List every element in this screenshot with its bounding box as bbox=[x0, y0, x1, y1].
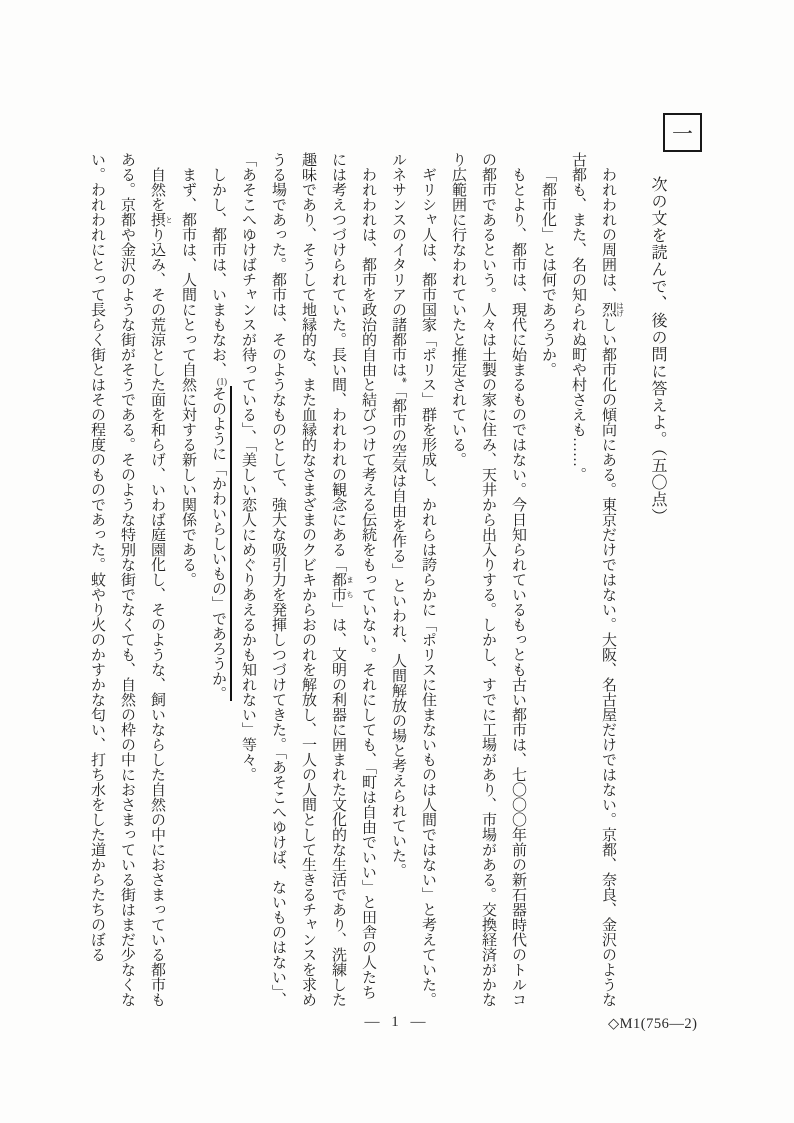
section-number-box: 一 bbox=[663, 113, 702, 152]
footnote-asterisk: * bbox=[396, 377, 410, 383]
exam-instruction: 次の文を読んで、後の問に答えよ。（五〇点） bbox=[644, 176, 670, 796]
passage-segment: 「都市の空気は自由を作る」といわれ、人間解放の場と考えられていた。 bbox=[390, 383, 406, 878]
exam-page: 一 次の文を読んで、後の問に答えよ。（五〇点） われわれの周囲は、烈はげしい都市… bbox=[0, 0, 794, 1123]
ruby-annotated-word: 烈はげ bbox=[600, 302, 616, 317]
question-reference-mark: (1) bbox=[217, 377, 227, 386]
passage-paragraph: 「都市化」とは何であろうか。 bbox=[533, 152, 563, 1012]
ruby-annotated-word: 摂と bbox=[149, 212, 165, 227]
passage-paragraph: 自然を摂とり込み、その荒涼とした面を和らげ、いわば庭園化し、そのような、飼いなら… bbox=[82, 152, 173, 1012]
ruby-annotated-word: 都市まち bbox=[330, 572, 346, 602]
passage-paragraph: われわれは、都市を政治的自由と結びつけて考える伝統をもっていない。それにしても、… bbox=[233, 152, 383, 1012]
passage-segment: り込み、その荒涼とした面を和らげ、いわば庭園化し、そのような、飼いならした自然の… bbox=[89, 152, 165, 1007]
passage-segment: われわれの周囲は、 bbox=[600, 167, 616, 302]
passage-segment: もとより、都市は、現代に始まるものではない。今日知られているもっとも古い都市は、… bbox=[450, 152, 526, 1007]
passage-paragraph: しかし、都市は、いまもなお、(1)そのように「かわいらしいもの」であろうか。 bbox=[203, 152, 233, 1012]
passage-segment: 「都市化」とは何であろうか。 bbox=[540, 167, 556, 377]
section-number: 一 bbox=[672, 118, 693, 148]
document-code: ◇M1(756—2) bbox=[608, 1016, 697, 1033]
underlined-phrase: そのように「かわいらしいもの」であろうか。 bbox=[210, 386, 226, 701]
passage-segment: しかし、都市は、いまもなお、 bbox=[210, 167, 226, 377]
passage-paragraph: もとより、都市は、現代に始まるものではない。今日知られているもっとも古い都市は、… bbox=[443, 152, 533, 1012]
passage-segment: まず、都市は、人間にとって自然に対する新しい関係である。 bbox=[180, 167, 196, 587]
passage-paragraph: ギリシャ人は、都市国家「ポリス」群を形成し、かれらは誇らかに「ポリスに住まないも… bbox=[383, 152, 443, 1012]
passage-text: われわれの周囲は、烈はげしい都市化の傾向にある。東京だけではない。大阪、名古屋だ… bbox=[80, 152, 624, 1012]
passage-paragraph: われわれの周囲は、烈はげしい都市化の傾向にある。東京だけではない。大阪、名古屋だ… bbox=[563, 152, 624, 1012]
passage-segment: 自然を bbox=[149, 167, 165, 212]
passage-paragraph: まず、都市は、人間にとって自然に対する新しい関係である。 bbox=[173, 152, 203, 1012]
